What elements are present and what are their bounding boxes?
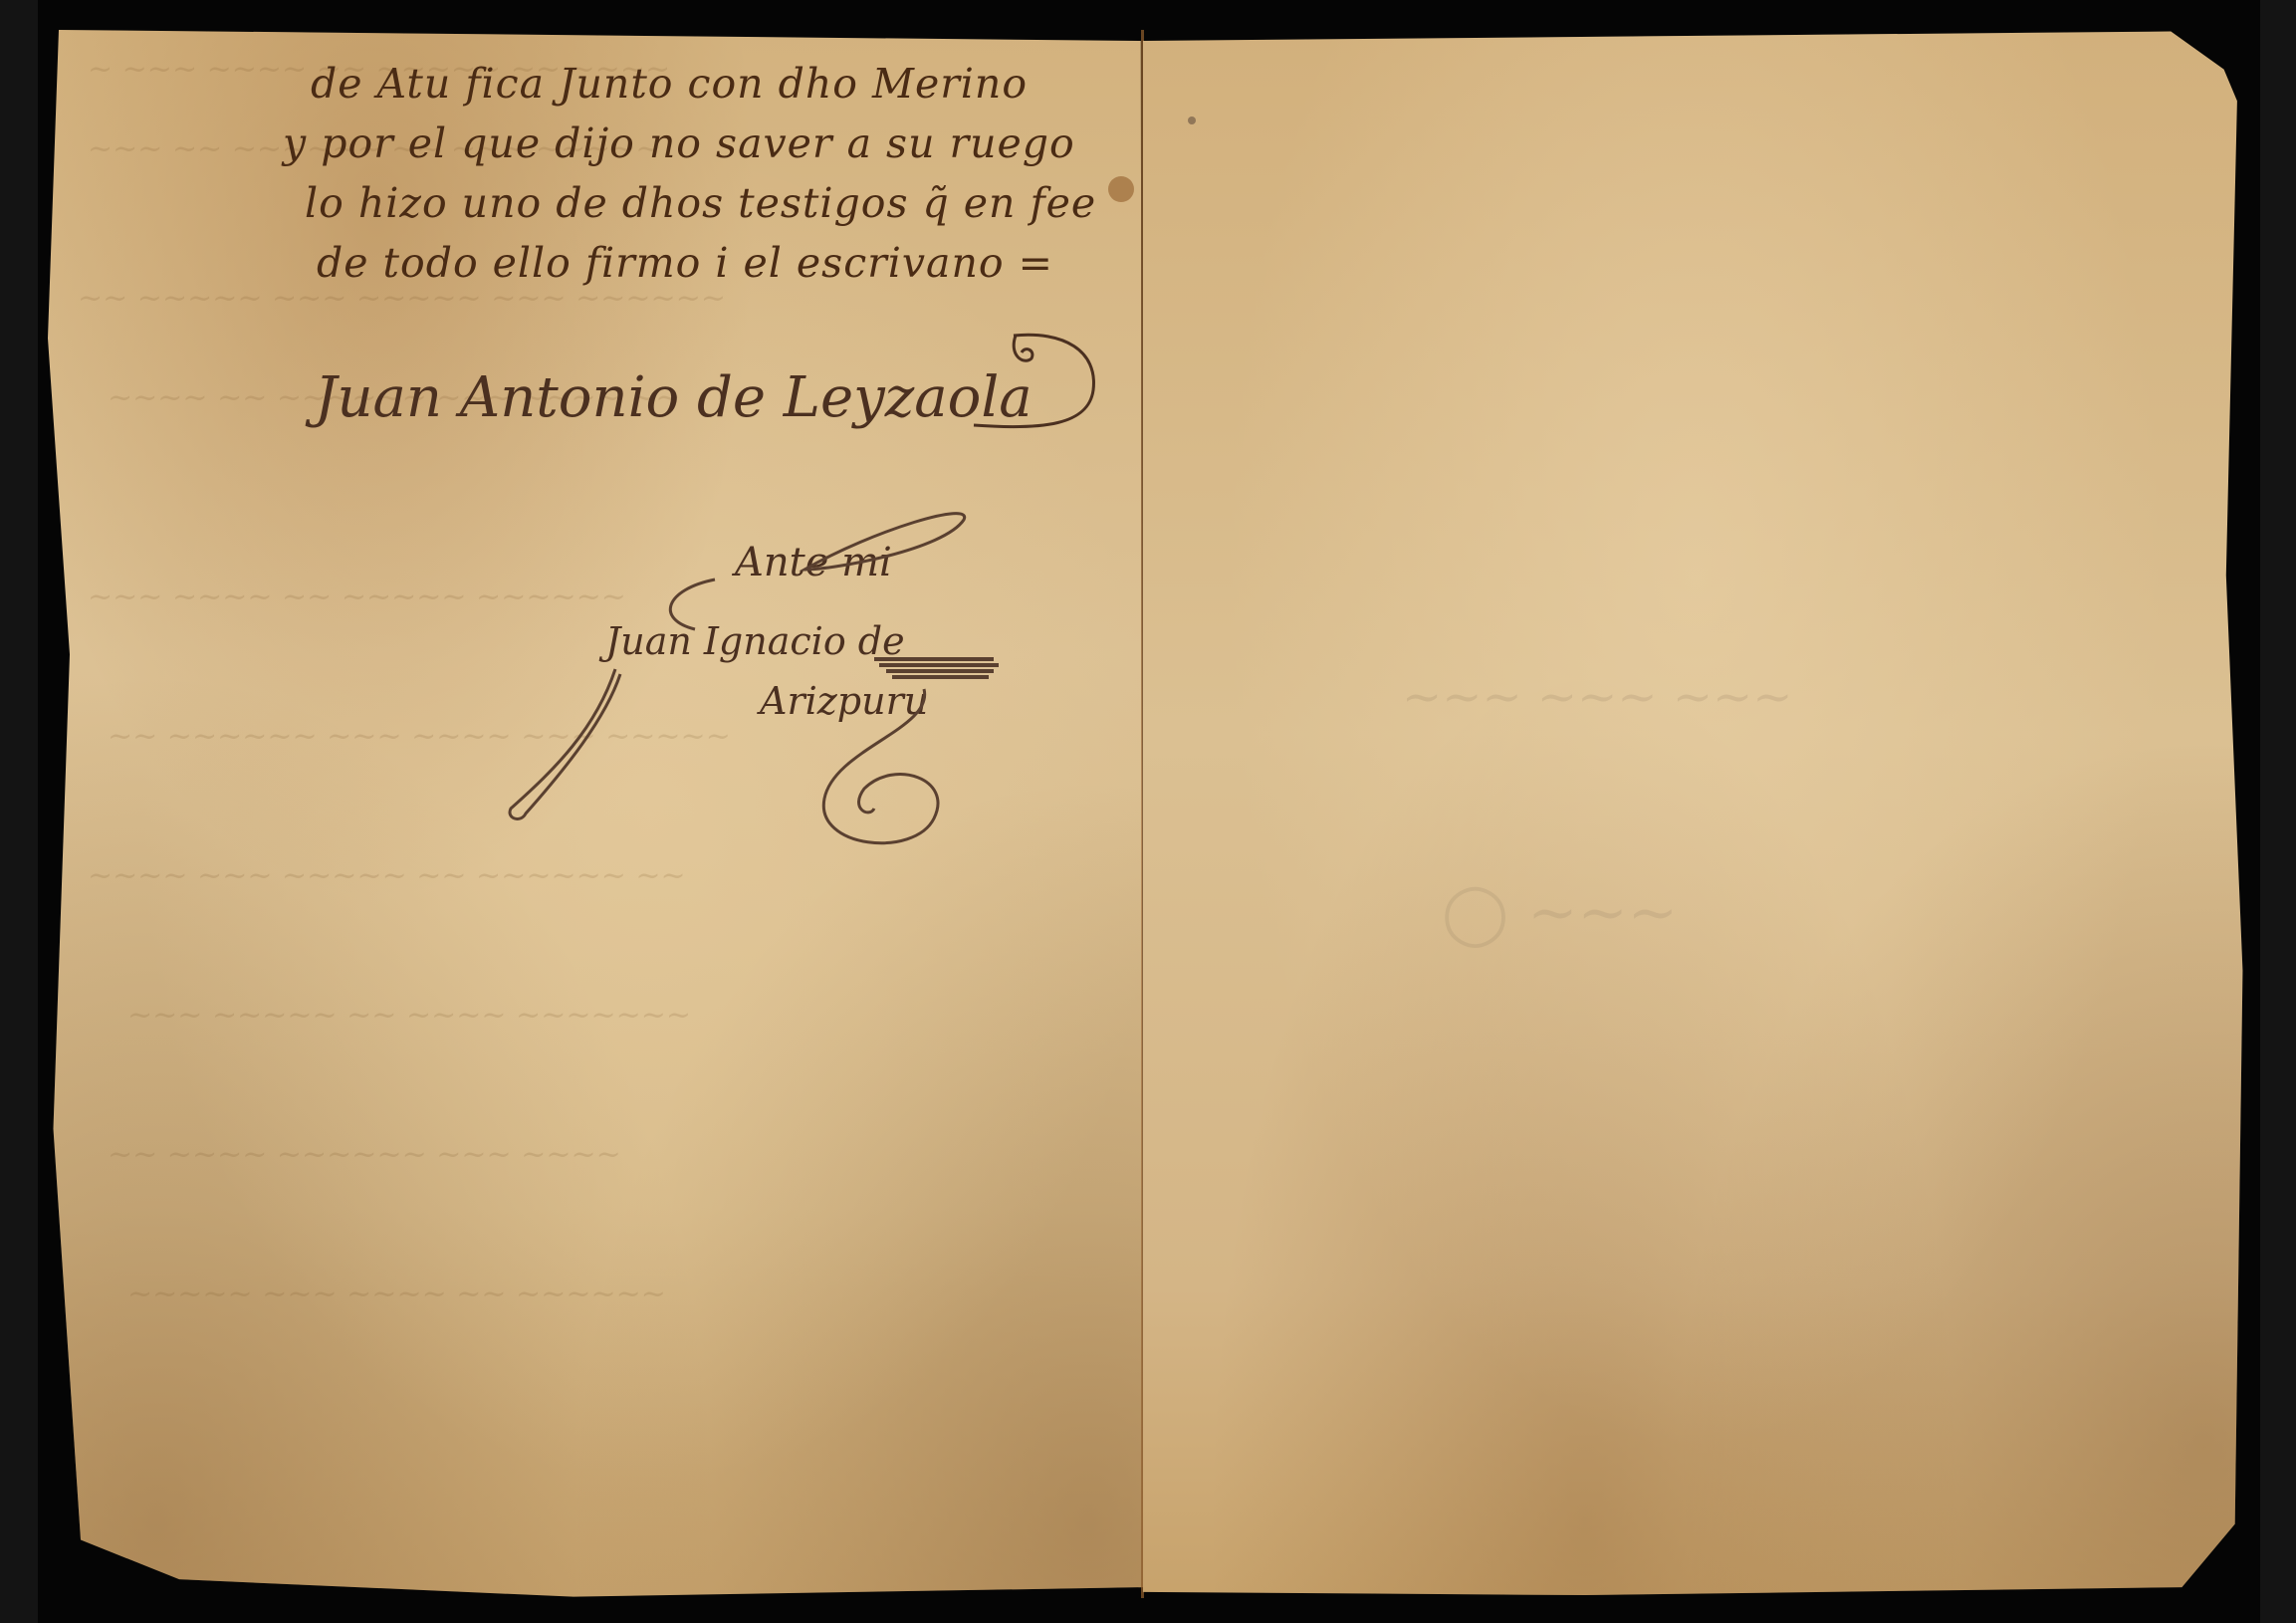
ink-speck xyxy=(1188,116,1196,124)
watermark-faint: ◯ ~~~ xyxy=(1442,878,1678,948)
left-page: ~ ~~~ ~~~~ ~~ ~~~~~ ~~ ~~~~ ~~~ ~~ ~~~~~… xyxy=(48,22,1143,1603)
ink-stain xyxy=(1108,176,1134,202)
right-page: ~~~ ~~~ ~~~ ◯ ~~~ xyxy=(1143,22,2248,1603)
bleed-through-text: ~~~ ~~~~~ ~~ ~~~~ ~~~~~~~ xyxy=(127,998,691,1033)
bleed-through-text: ~~~~~ ~~~ ~~~~ ~~ ~~~~~~ xyxy=(127,1276,666,1311)
rubric-flourish-icon xyxy=(1004,331,1103,440)
signature-leyzaola: Juan Antonio de Leyzaola xyxy=(315,365,1033,430)
watermark-faint: ~~~ ~~~ ~~~ xyxy=(1402,669,1792,725)
bleed-through-text: ~~ ~~~~ ~~~~~~ ~~~ ~~~~ xyxy=(108,1137,621,1172)
manuscript-line-4: de todo ello firmo i el escrivano = xyxy=(317,239,1053,287)
manuscript-line-1: de Atu fica Junto con dho Merino xyxy=(311,60,1028,108)
rubric-flourish-icon xyxy=(496,490,1093,868)
manuscript-line-3: lo hizo uno de dhos testigos q̃ en fee xyxy=(305,179,1096,227)
manuscript-line-2: y por el que dijo no saver a su ruego xyxy=(283,119,1075,167)
